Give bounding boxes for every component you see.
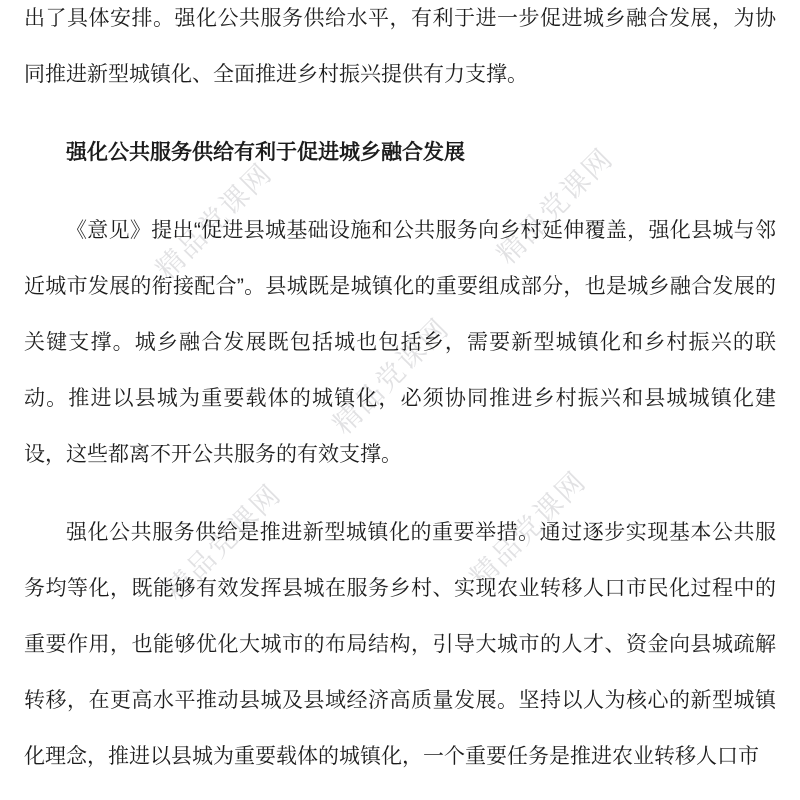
paragraph-opinion: 《意见》提出“促进县城基础设施和公共服务向乡村延伸覆盖，强化县城与邻近城市发展的… [24, 203, 776, 483]
document-page: 精品党课网精品党课网精品党课网精品党课网精品党课网 出了具体安排。强化公共服务供… [0, 0, 800, 800]
paragraph-measures: 强化公共服务供给是推进新型城镇化的重要举措。通过逐步实现基本公共服务均等化，既能… [24, 505, 776, 785]
paragraph-intro: 出了具体安排。强化公共服务供给水平，有利于进一步促进城乡融合发展，为协同推进新型… [24, 0, 776, 103]
section-heading: 强化公共服务供给有利于促进城乡融合发展 [24, 125, 776, 181]
article-body: 出了具体安排。强化公共服务供给水平，有利于进一步促进城乡融合发展，为协同推进新型… [0, 0, 800, 785]
